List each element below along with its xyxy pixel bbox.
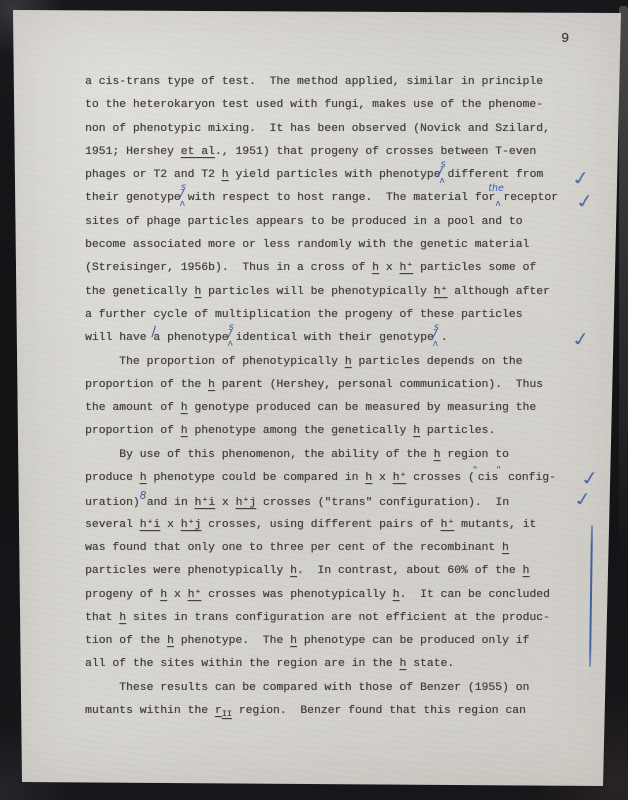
typed-line: non of phenotypic mixing. It has been ob… [85,118,585,141]
typed-text: crosses ( [406,472,474,484]
typed-line: particles were phenotypically h. In cont… [85,560,585,583]
underlined-gene-symbol: h [413,425,420,437]
typed-text: By use of this phenomenon, the ability o… [85,449,434,461]
underlined-gene-symbol: h [167,635,174,647]
typed-text: particles will be phenotypically [201,286,433,298]
typed-text: different from [447,169,543,181]
handwritten-superscript: 8 [140,490,147,502]
typed-text: . It can be concluded [400,589,550,601]
typed-line: several h⁺i x h⁺j crosses, using differe… [85,514,585,537]
handwritten-insertion: theʌ [495,196,503,200]
typed-line: a further cycle of multiplication the pr… [85,304,585,327]
typed-text: particles depends on the [352,356,523,368]
underlined-gene-symbol: h [502,542,509,554]
typed-text: ., 1951) that progeny of crosses between… [215,146,536,158]
underlined-gene-symbol: h⁺j [181,519,202,531]
scanned-document-screenshot: { "page": { "number": "9" }, "colors": {… [0,0,628,800]
page-number: 9 [561,33,569,47]
typed-line: (Streisinger, 1956b). Thus in a cross of… [85,257,585,280]
underlined-gene-symbol: h⁺i [140,519,161,531]
typed-line: to the heterokaryon test used with fungi… [85,94,585,117]
underlined-gene-symbol: h [208,379,215,391]
typed-text: phenotype. The [174,635,290,647]
underlined-gene-symbol: h [119,612,126,624]
underlined-gene-symbol: h⁺ [393,472,407,484]
underlined-gene-symbol: h⁺j [236,497,257,509]
underlined-gene-symbol: r [215,705,222,717]
typed-text: state. [406,658,454,670]
manuscript-page: 9 a cis-trans type of test. The method a… [13,9,621,786]
handwritten-insertion: s∕ʌ [440,173,447,177]
underlined-gene-symbol: h [290,565,297,577]
handwritten-insertion: " [498,476,501,480]
margin-vertical-line [589,525,593,667]
typed-line: tion of the h phenotype. The h phenotype… [85,630,585,653]
typed-text: several [85,519,140,531]
typed-text: become associated more or less randomly … [85,239,529,251]
typed-text: phenotype [160,332,228,344]
typewritten-text-block: a cis-trans type of test. The method app… [85,71,585,723]
typed-text: uration) [85,497,140,509]
typed-text: tion of the [85,635,167,647]
typed-line: These results can be compared with those… [85,677,585,700]
typed-text: genotype produced can be measured by mea… [188,402,537,414]
typed-line: the amount of h genotype produced can be… [85,397,585,420]
typed-line: uration)8and in h⁺i x h⁺j crosses ("tran… [85,490,585,513]
typed-text: phages or T2 and T2 [85,169,222,181]
typed-text: the genetically [85,286,194,298]
handwritten-insertion: s∕ʌ [229,336,236,340]
typed-line: sites of phage particles appears to be p… [85,211,585,234]
typed-line: The proportion of phenotypically h parti… [85,351,585,374]
typed-line: a cis-trans type of test. The method app… [85,71,585,94]
typed-text: their genotype [85,192,181,204]
struck-out-char: a [153,327,160,350]
typed-text: phenotype could be compared in [147,472,366,484]
typed-text: mutants, it [454,519,536,531]
underlined-gene-symbol: II [222,709,232,719]
handwritten-insertion: s∕ʌ [434,336,441,340]
underlined-gene-symbol: h [290,635,297,647]
typed-text: produce [85,472,140,484]
adjacent-page-edge [619,6,628,566]
typed-line: that h sites in trans configuration are … [85,607,585,630]
typed-text: particles. [420,425,495,437]
underlined-gene-symbol: h [345,356,352,368]
typed-text: all of the sites within the region are i… [85,658,399,670]
underlined-gene-symbol: h [222,169,229,181]
typed-line: progeny of h x h⁺ crosses was phenotypic… [85,584,585,607]
typed-text: region. Benzer found that this region ca… [232,705,526,717]
typed-text: proportion of [85,425,181,437]
typed-line: mutants within the rII region. Benzer fo… [85,700,585,723]
underlined-gene-symbol: h⁺ [434,286,448,298]
underlined-gene-symbol: h [393,589,400,601]
underlined-gene-symbol: h⁺ [399,262,413,274]
underlined-gene-symbol: h [523,565,530,577]
typed-text: crosses ("trans" configuration). In [256,497,509,509]
typed-line: will have a phenotypes∕ʌidentical with t… [85,327,585,350]
typed-line: 1951; Hershey et al., 1951) that progeny… [85,141,585,164]
typed-text: The proportion of phenotypically [85,356,345,368]
typed-text: a further cycle of multiplication the pr… [85,309,522,321]
typed-text: will have [85,332,153,344]
handwritten-insertion: " [475,476,478,480]
typed-text: x [379,262,400,274]
underlined-gene-symbol: h [140,472,147,484]
typed-text: . In contrast, about 60% of the [297,565,523,577]
typed-text: . [441,332,448,344]
typed-text: sites of phage particles appears to be p… [85,216,522,228]
typed-text: phenotype can be produced only if [297,635,529,647]
underlined-gene-symbol: h [181,425,188,437]
underlined-gene-symbol: h [372,262,379,274]
typed-text: particles some of [413,262,536,274]
typed-text: sites in trans configuration are not eff… [126,612,550,624]
typed-line: all of the sites within the region are i… [85,653,585,676]
handwritten-insertion: s∕ʌ [181,196,188,200]
typed-text: identical with their genotype [236,332,434,344]
typed-text: 1951; Hershey [85,146,181,158]
typed-text: crosses was phenotypically [201,589,392,601]
typed-text: (Streisinger, 1956b). Thus in a cross of [85,262,372,274]
typed-text: to the heterokaryon test used with fungi… [85,99,543,111]
typed-text: cis [478,472,499,484]
typed-text: mutants within the [85,705,215,717]
typed-line: phages or T2 and T2 h yield particles wi… [85,164,585,187]
typed-line: produce h phenotype could be compared in… [85,467,585,490]
typed-text: parent (Hershey, personal communication)… [215,379,543,391]
typed-text: and in [147,497,195,509]
typed-line: become associated more or less randomly … [85,234,585,257]
typed-text: These results can be compared with those… [85,682,529,694]
typed-text: x [215,497,236,509]
typed-line: proportion of h phenotype among the gene… [85,420,585,443]
typed-line: the genetically h particles will be phen… [85,281,585,304]
typed-text: particles were phenotypically [85,565,290,577]
typed-text: receptor [503,192,558,204]
typed-text: x [167,589,188,601]
typed-text: phenotype among the genetically [188,425,414,437]
typed-text: progeny of [85,589,160,601]
typed-text: non of phenotypic mixing. It has been ob… [85,123,550,135]
underlined-gene-symbol: h [181,402,188,414]
typed-text: that [85,612,119,624]
typed-text: a cis-trans type of test. The method app… [85,76,543,88]
underlined-gene-symbol: h⁺ [441,519,455,531]
typed-text: with respect to host range. The material… [188,192,496,204]
typed-text: config- [501,472,556,484]
scanner-backdrop: 9 a cis-trans type of test. The method a… [0,0,628,800]
typed-text: was found that only one to three per cen… [85,542,502,554]
typed-text: proportion of the [85,379,208,391]
underlined-gene-symbol: et al [181,146,215,158]
typed-text: the amount of [85,402,181,414]
typed-line: proportion of the h parent (Hershey, per… [85,374,585,397]
typed-text: region to [440,449,508,461]
typed-text: x [160,519,181,531]
underlined-gene-symbol: h⁺i [195,497,216,509]
typed-text: although after [447,286,550,298]
typed-line: their genotypes∕ʌwith respect to host ra… [85,187,585,210]
typed-text: yield particles with phenotype [229,169,441,181]
typed-line: was found that only one to three per cen… [85,537,585,560]
underlined-gene-symbol: h⁺ [188,589,202,601]
typed-line: By use of this phenomenon, the ability o… [85,444,585,467]
typed-text: x [372,472,393,484]
typed-text: crosses, using different pairs of [201,519,440,531]
